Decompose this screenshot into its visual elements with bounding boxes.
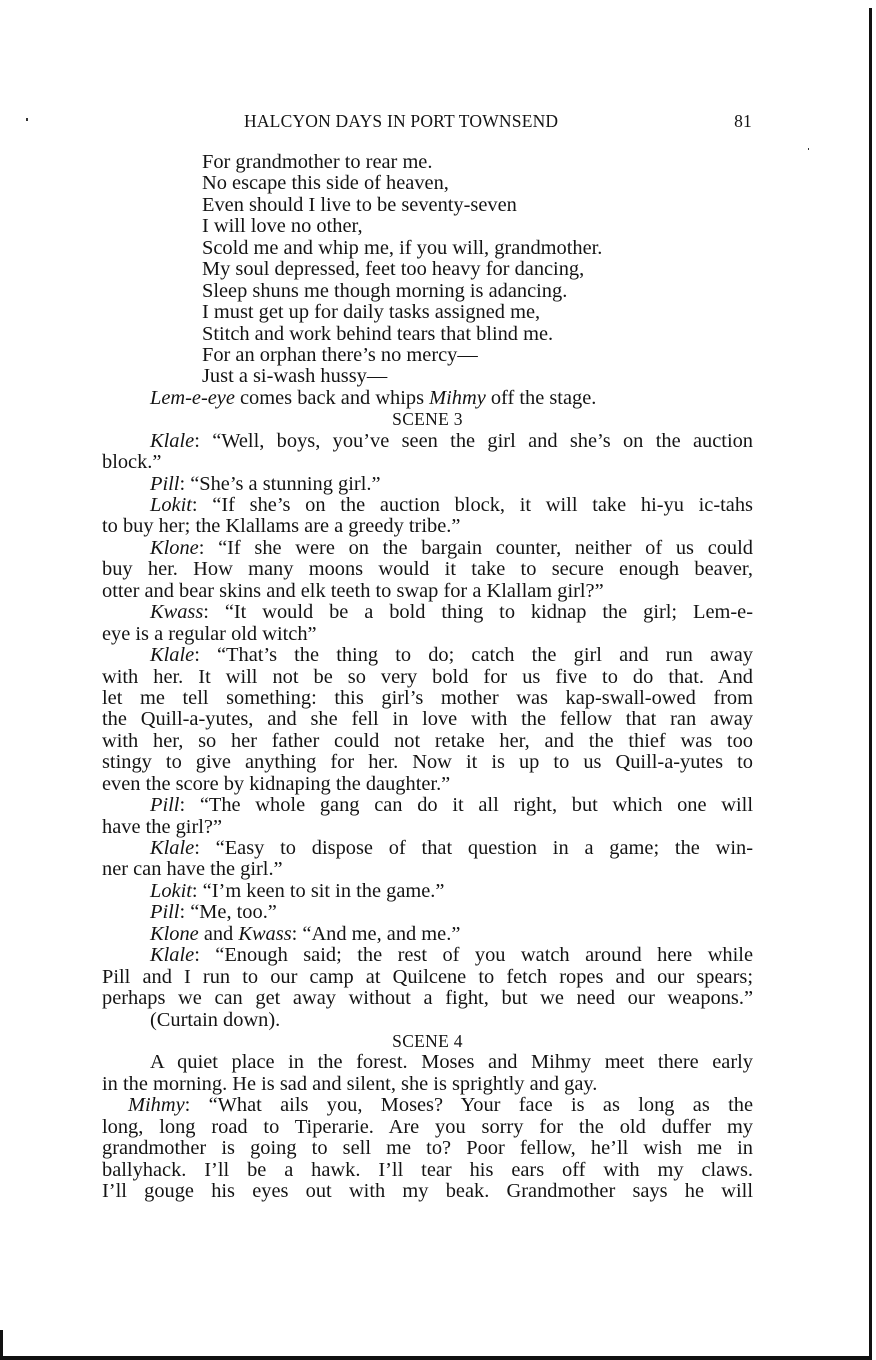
- verse-line: I must get up for daily tasks assigned m…: [102, 302, 753, 323]
- speech-line: Klone: “If she were on the bargain count…: [102, 538, 753, 559]
- speech-line: with her, so her father could not retake…: [102, 731, 753, 752]
- verse-line: For grandmother to rear me.: [102, 152, 753, 173]
- speech-line: the Quill-a-yutes, and she fell in love …: [102, 709, 753, 730]
- speech-line: Lokit: “I’m keen to sit in the game.”: [102, 881, 753, 902]
- verse-line: My soul depressed, feet too heavy for da…: [102, 259, 753, 280]
- speaker-name: Lokit: [150, 880, 192, 902]
- speech-text: : “If she were on the bargain counter, n…: [199, 537, 753, 559]
- speech-line: otter and bear skins and elk teeth to sw…: [102, 581, 753, 602]
- speech-line: block.”: [102, 452, 753, 473]
- speech-text: : “That’s the thing to do; catch the gir…: [194, 644, 753, 666]
- speaker-name: Mihmy: [429, 387, 486, 409]
- verse-line: Even should I live to be seventy-seven: [102, 195, 753, 216]
- speaker-name: Lokit: [150, 494, 192, 516]
- verse-line: Just a si-wash hussy—: [102, 366, 753, 387]
- speech-text: : “I’m keen to sit in the game.”: [192, 880, 445, 902]
- speech-text: : “If she’s on the auction block, it wil…: [192, 494, 753, 516]
- speaker-name: Pill: [150, 901, 179, 923]
- speech-line: Klale: “Well, boys, you’ve seen the girl…: [102, 431, 753, 452]
- verse-line: Stitch and work behind tears that blind …: [102, 324, 753, 345]
- speech-line: Kwass: “It would be a bold thing to kidn…: [102, 602, 753, 623]
- scan-speck: [808, 148, 809, 150]
- speech-line: eye is a regular old witch”: [102, 624, 753, 645]
- speech-line: Klale: “Enough said; the rest of you wat…: [102, 945, 753, 966]
- speaker-name: Pill: [150, 794, 179, 816]
- speech-text: : “What ails you, Moses? Your face is as…: [185, 1094, 753, 1116]
- speech-line: Pill and I run to our camp at Quilcene t…: [102, 967, 753, 988]
- page-number: 81: [734, 111, 752, 132]
- stage-text: comes back and whips: [235, 387, 429, 409]
- scene-heading: SCENE 4: [102, 1031, 753, 1052]
- speech-line: long, long road to Tiperarie. Are you so…: [102, 1117, 753, 1138]
- verse-line: No escape this side of heaven,: [102, 173, 753, 194]
- speech-line: perhaps we can get away without a fight,…: [102, 988, 753, 1009]
- speech-text: : “It would be a bold thing to kidnap th…: [203, 601, 753, 623]
- stage-direction: Lem-e-eye comes back and whips Mihmy off…: [102, 388, 753, 409]
- speaker-name: Kwass: [150, 601, 203, 623]
- speech-text: : “Easy to dispose of that question in a…: [194, 837, 753, 859]
- speech-line: Klale: “Easy to dispose of that question…: [102, 838, 753, 859]
- stage-text: off the stage.: [486, 387, 597, 409]
- scan-border-bottom: [0, 1356, 872, 1360]
- speaker-name: Klale: [150, 837, 194, 859]
- speaker-name: Lem-e-eye: [150, 387, 235, 409]
- speaker-name: Klone: [150, 537, 199, 559]
- speech-text: and: [199, 923, 239, 945]
- verse-line: I will love no other,: [102, 216, 753, 237]
- speaker-name: Klale: [150, 644, 194, 666]
- speaker-name: Mihmy: [128, 1094, 185, 1116]
- verse-line: Sleep shuns me though morning is adancin…: [102, 281, 753, 302]
- speech-line: buy her. How many moons would it take to…: [102, 559, 753, 580]
- speech-line: Pill: “She’s a stunning girl.”: [102, 474, 753, 495]
- running-head-title: HALCYON DAYS IN PORT TOWNSEND: [244, 111, 558, 132]
- speaker-name: Pill: [150, 473, 179, 495]
- verse-line: Scold me and whip me, if you will, grand…: [102, 238, 753, 259]
- speech-line: I’ll gouge his eyes out with my beak. Gr…: [102, 1181, 753, 1202]
- speech-line: Pill: “Me, too.”: [102, 902, 753, 923]
- speech-line: ner can have the girl.”: [102, 859, 753, 880]
- speech-line: Lokit: “If she’s on the auction block, i…: [102, 495, 753, 516]
- speech-line: even the score by kidnaping the daughter…: [102, 774, 753, 795]
- book-page: HALCYON DAYS IN PORT TOWNSEND 81 For gra…: [0, 0, 876, 1360]
- body-text: For grandmother to rear me. No escape th…: [102, 152, 753, 1202]
- speech-line: stingy to give anything for her. Now it …: [102, 752, 753, 773]
- speech-line: with her. It will not be so very bold fo…: [102, 667, 753, 688]
- speech-line: Klone and Kwass: “And me, and me.”: [102, 924, 753, 945]
- speech-text: : “Well, boys, you’ve seen the girl and …: [194, 430, 753, 452]
- verse-line: For an orphan there’s no mercy—: [102, 345, 753, 366]
- speech-text: : “Enough said; the rest of you watch ar…: [194, 944, 753, 966]
- scan-border-right: [869, 8, 872, 1358]
- scene-heading: SCENE 3: [102, 409, 753, 430]
- speaker-name: Klale: [150, 944, 194, 966]
- speech-text: : “The whole gang can do it all right, b…: [179, 794, 753, 816]
- speech-line: to buy her; the Klallams are a greedy tr…: [102, 516, 753, 537]
- speech-line: Mihmy: “What ails you, Moses? Your face …: [102, 1095, 753, 1116]
- speaker-name: Klone: [150, 923, 199, 945]
- curtain-direction: (Curtain down).: [102, 1010, 753, 1031]
- scan-border-left: [0, 1330, 3, 1360]
- speech-line: Klale: “That’s the thing to do; catch th…: [102, 645, 753, 666]
- speech-line: ballyhack. I’ll be a hawk. I’ll tear his…: [102, 1160, 753, 1181]
- speech-line: grandmother is going to sell me to? Poor…: [102, 1138, 753, 1159]
- speaker-name: Kwass: [238, 923, 291, 945]
- scan-speck: [26, 118, 28, 121]
- setting-line: A quiet place in the forest. Moses and M…: [102, 1052, 753, 1073]
- running-head: HALCYON DAYS IN PORT TOWNSEND 81: [102, 111, 752, 133]
- setting-line: in the morning. He is sad and silent, sh…: [102, 1074, 753, 1095]
- speech-text: : “She’s a stunning girl.”: [179, 473, 380, 495]
- speech-text: : “And me, and me.”: [292, 923, 461, 945]
- speech-line: have the girl?”: [102, 817, 753, 838]
- speech-text: : “Me, too.”: [179, 901, 276, 923]
- speech-line: let me tell something: this girl’s mothe…: [102, 688, 753, 709]
- speaker-name: Klale: [150, 430, 194, 452]
- speech-line: Pill: “The whole gang can do it all righ…: [102, 795, 753, 816]
